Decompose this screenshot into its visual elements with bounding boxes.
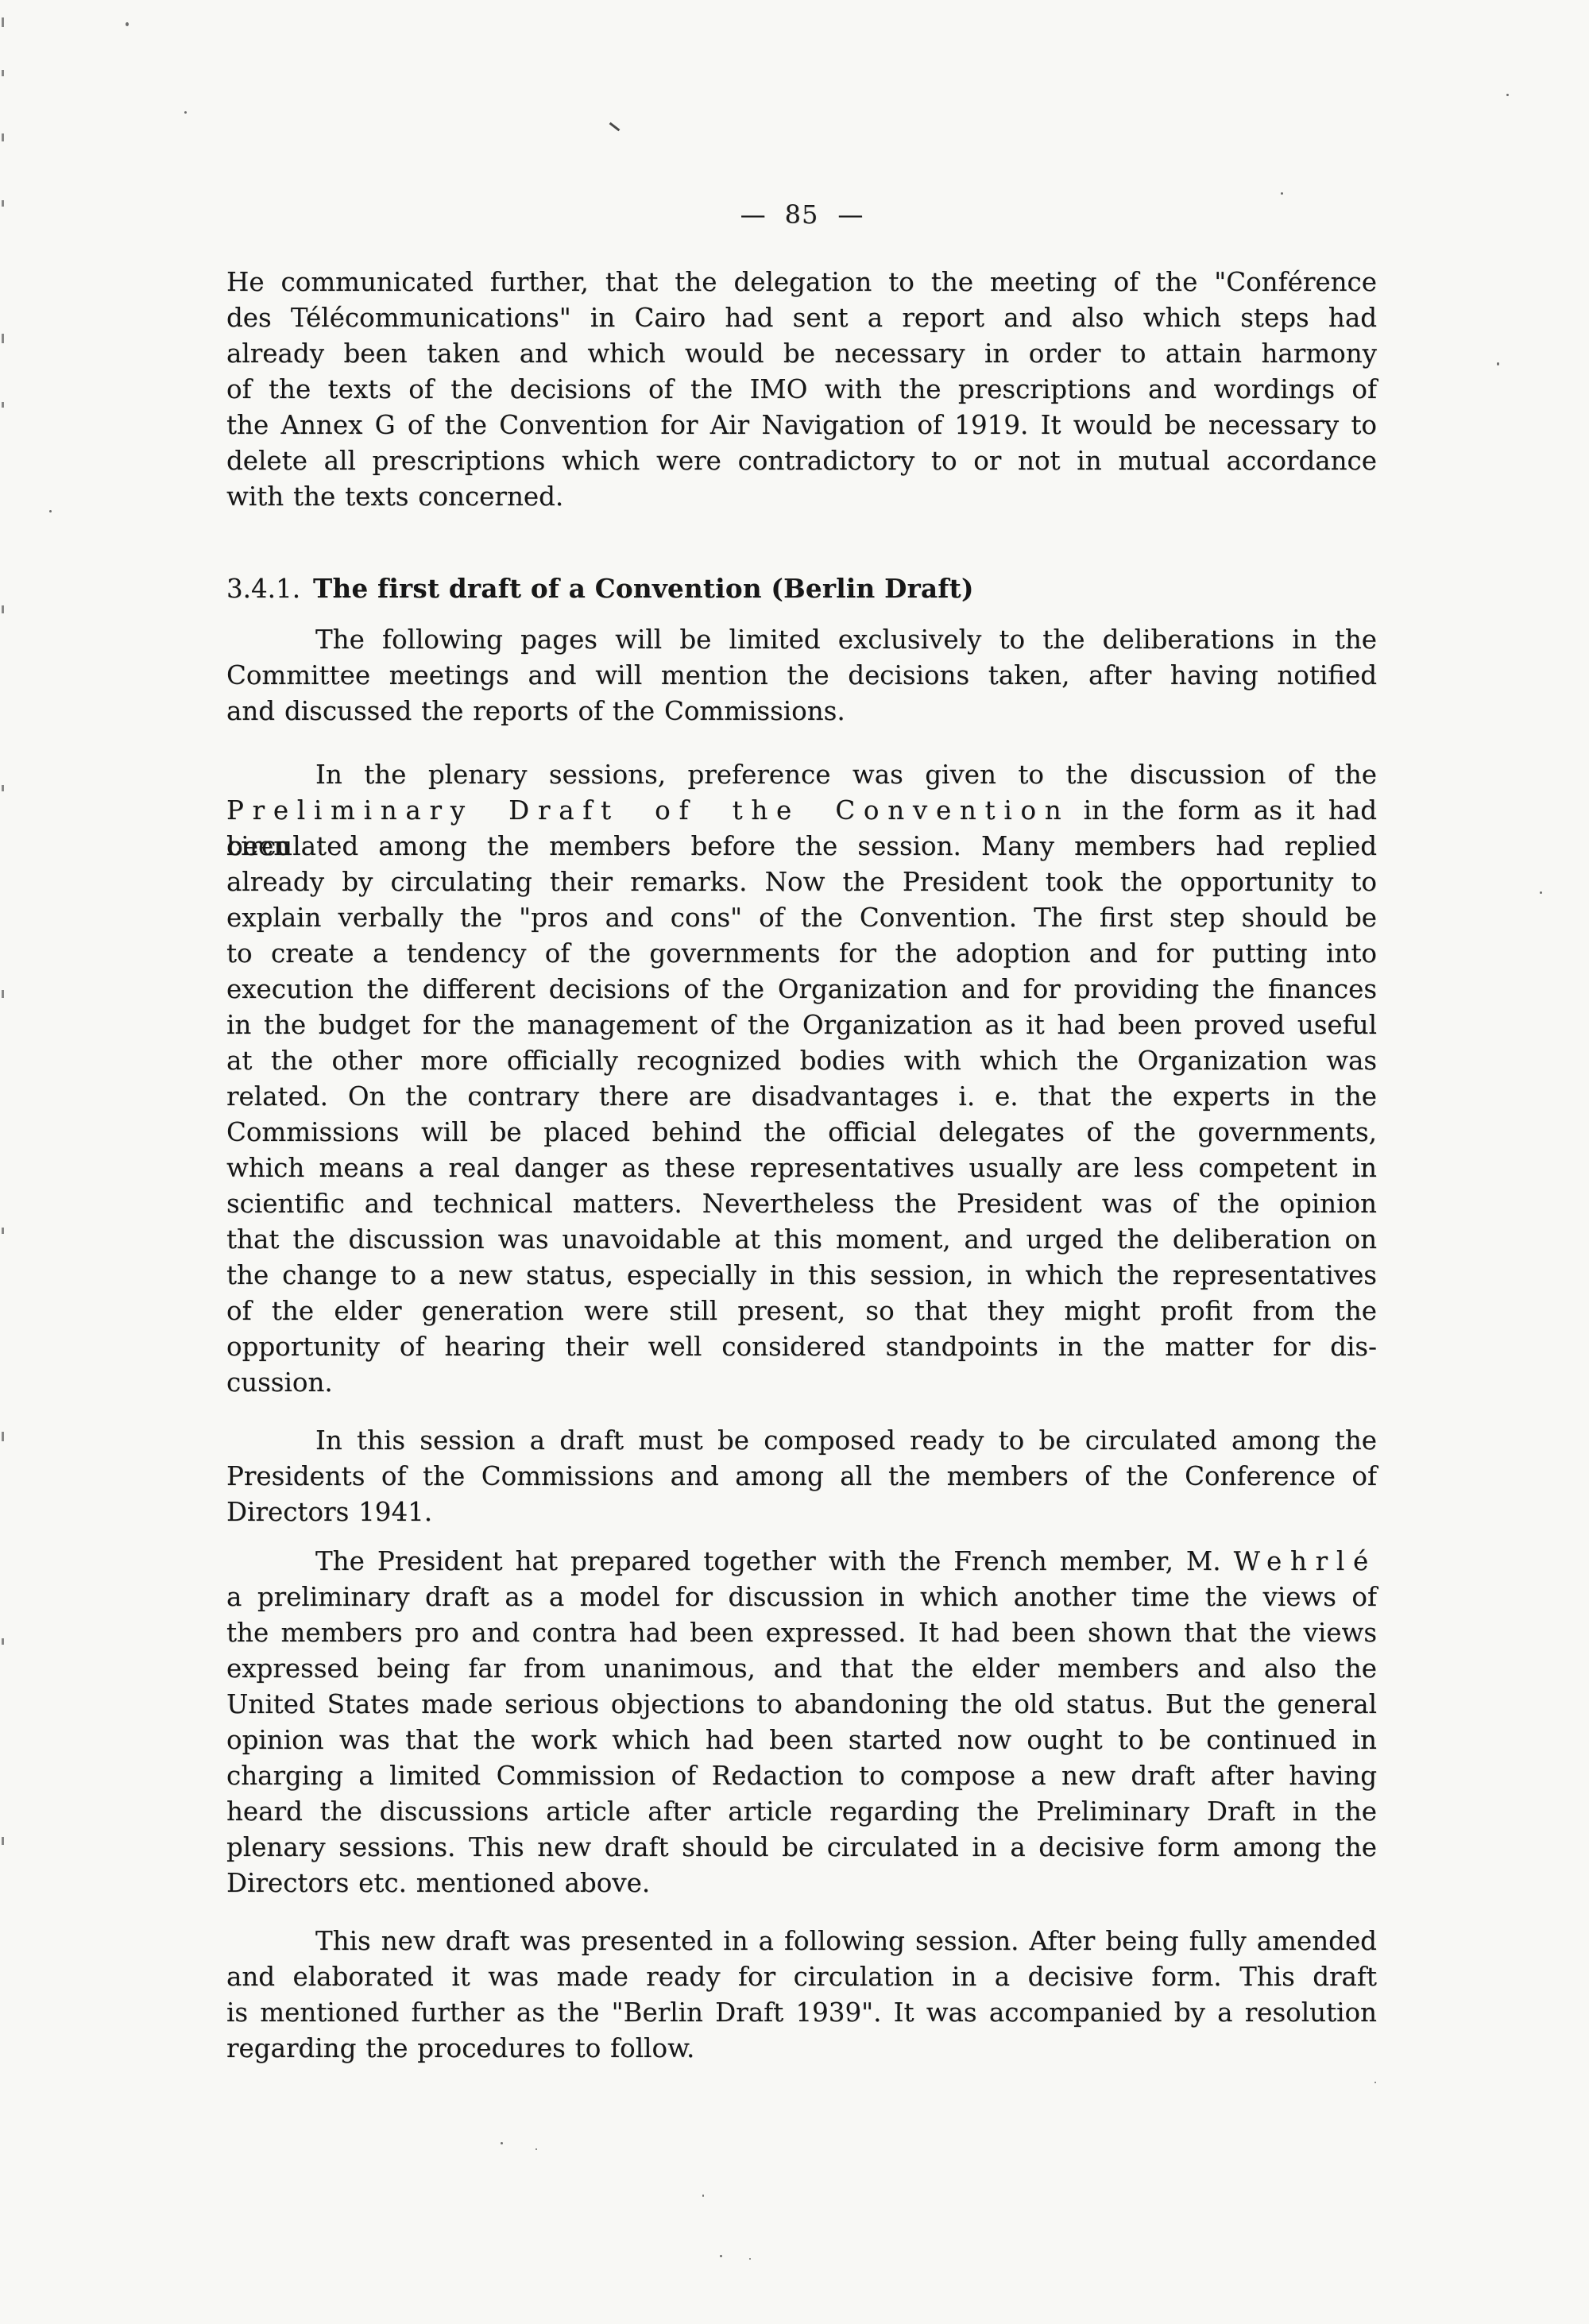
text-segment: the change to a new status, especially i… bbox=[226, 1260, 1377, 1290]
text-segment: Directors 1941. bbox=[226, 1497, 432, 1527]
text-line: Presidents of the Commissions and among … bbox=[226, 1459, 1377, 1495]
scan-tick bbox=[2, 17, 4, 27]
text-line: The following pages will be limited excl… bbox=[226, 622, 1377, 658]
scan-tick bbox=[2, 200, 4, 207]
text-segment: des Télécommunications" in Cairo had sen… bbox=[226, 303, 1377, 333]
text-segment: with the texts concerned. bbox=[226, 481, 563, 512]
scan-speck bbox=[749, 2258, 751, 2260]
text-segment: of the texts of the decisions of the IMO… bbox=[226, 374, 1377, 404]
paragraph: The President hat prepared together with… bbox=[226, 1544, 1377, 1901]
paragraph: He communicated further, that the delega… bbox=[226, 265, 1377, 515]
text-segment: already by circulating their remarks. No… bbox=[226, 867, 1377, 897]
text-segment: circulated among the members before the … bbox=[226, 831, 1377, 861]
text-line: of the texts of the decisions of the IMO… bbox=[226, 372, 1377, 408]
scan-tick bbox=[2, 1837, 4, 1845]
text-segment: scientific and technical matters. Nevert… bbox=[226, 1189, 1377, 1219]
text-segment: and elaborated it was made ready for cir… bbox=[226, 1962, 1377, 1992]
text-segment: is mentioned further as the "Berlin Draf… bbox=[226, 1997, 1377, 2028]
paragraph: This new draft was presented in a follow… bbox=[226, 1924, 1377, 2067]
text-segment: the Annex G of the Convention for Air Na… bbox=[226, 410, 1377, 440]
text-line: delete all prescriptions which were cont… bbox=[226, 443, 1377, 479]
text-segment: and discussed the reports of the Commiss… bbox=[226, 696, 845, 726]
text-line: execution the different decisions of the… bbox=[226, 972, 1377, 1007]
text-segment: at the other more officially recognized … bbox=[226, 1046, 1377, 1076]
text-line: the members pro and contra had been expr… bbox=[226, 1615, 1377, 1651]
text-segment: cussion. bbox=[226, 1367, 333, 1398]
text-line: explain verbally the "pros and cons" of … bbox=[226, 900, 1377, 936]
section-title: The first draft of a Convention (Berlin … bbox=[313, 573, 974, 604]
document-page: —85— He communicated further, that the d… bbox=[0, 0, 1589, 2324]
text-segment: to create a tendency of the governments … bbox=[226, 938, 1377, 969]
page-number: 85 bbox=[785, 199, 819, 230]
text-segment: heard the discussions article after arti… bbox=[226, 1796, 1377, 1827]
text-segment: In the plenary sessions, preference was … bbox=[315, 760, 1377, 790]
text-line: that the discussion was unavoidable at t… bbox=[226, 1222, 1377, 1258]
text-line: The President hat prepared together with… bbox=[226, 1544, 1377, 1580]
text-segment: Directors etc. mentioned above. bbox=[226, 1868, 650, 1898]
text-line: related. On the contrary there are disad… bbox=[226, 1079, 1377, 1115]
text-line: already been taken and which would be ne… bbox=[226, 336, 1377, 372]
paragraph: In this session a draft must be composed… bbox=[226, 1423, 1377, 1530]
text-line: opportunity of hearing their well consid… bbox=[226, 1329, 1377, 1365]
scan-speck bbox=[535, 2148, 537, 2150]
text-segment: expressed being far from unanimous, and … bbox=[226, 1653, 1377, 1684]
text-line: Preliminary Draft of the Convention in t… bbox=[226, 793, 1377, 829]
scan-speck bbox=[702, 2194, 704, 2197]
scan-tick bbox=[2, 334, 4, 343]
text-line: scientific and technical matters. Nevert… bbox=[226, 1186, 1377, 1222]
text-segment: of the elder generation were still prese… bbox=[226, 1296, 1377, 1326]
text-segment: in the budget for the management of the … bbox=[226, 1010, 1377, 1040]
text-segment: plenary sessions. This new draft should … bbox=[226, 1832, 1377, 1862]
section-number: 3.4.1. bbox=[226, 574, 300, 604]
text-segment: delete all prescriptions which were cont… bbox=[226, 446, 1377, 476]
text-line: Directors etc. mentioned above. bbox=[226, 1866, 1377, 1901]
scan-speck bbox=[184, 111, 187, 114]
text-segment: The following pages will be limited excl… bbox=[315, 625, 1377, 655]
text-line: is mentioned further as the "Berlin Draf… bbox=[226, 1995, 1377, 2031]
scan-tick bbox=[2, 133, 4, 141]
text-line: regarding the procedures to follow. bbox=[226, 2031, 1377, 2067]
page-header: —85— bbox=[226, 197, 1377, 233]
text-line: expressed being far from unanimous, and … bbox=[226, 1651, 1377, 1687]
text-line: a preliminary draft as a model for discu… bbox=[226, 1580, 1377, 1615]
scan-speck bbox=[720, 2255, 722, 2257]
header-dash-left: — bbox=[740, 199, 766, 230]
text-segment: regarding the procedures to follow. bbox=[226, 2033, 694, 2063]
text-line: In the plenary sessions, preference was … bbox=[226, 757, 1377, 793]
text-line: He communicated further, that the delega… bbox=[226, 265, 1377, 300]
emphasized-spaced-text: Preliminary Draft of the Convention bbox=[226, 795, 1069, 826]
text-line: circulated among the members before the … bbox=[226, 829, 1377, 864]
text-segment: execution the different decisions of the… bbox=[226, 974, 1377, 1004]
text-line: opinion was that the work which had been… bbox=[226, 1723, 1377, 1758]
text-segment: Commissions will be placed behind the of… bbox=[226, 1117, 1377, 1147]
text-line: of the elder generation were still prese… bbox=[226, 1293, 1377, 1329]
text-line: United States made serious objections to… bbox=[226, 1687, 1377, 1723]
scan-tick bbox=[2, 70, 4, 76]
text-line: to create a tendency of the governments … bbox=[226, 936, 1377, 972]
scan-speck bbox=[501, 2142, 503, 2144]
scan-speck bbox=[1374, 2082, 1376, 2083]
text-line: at the other more officially recognized … bbox=[226, 1043, 1377, 1079]
text-segment: Committee meetings and will mention the … bbox=[226, 660, 1377, 690]
scan-tick bbox=[2, 402, 4, 408]
scan-tick bbox=[2, 1638, 4, 1645]
text-segment: In this session a draft must be composed… bbox=[315, 1425, 1377, 1456]
text-line: plenary sessions. This new draft should … bbox=[226, 1830, 1377, 1866]
text-segment: The President hat prepared together with… bbox=[315, 1546, 1234, 1576]
text-segment: opinion was that the work which had been… bbox=[226, 1725, 1377, 1755]
scan-tick bbox=[2, 605, 4, 613]
scan-tick bbox=[2, 1228, 4, 1234]
scan-tick bbox=[2, 990, 4, 998]
text-segment: the members pro and contra had been expr… bbox=[226, 1618, 1377, 1648]
document-body: He communicated further, that the delega… bbox=[226, 265, 1377, 2067]
section-heading: 3.4.1.The first draft of a Convention (B… bbox=[226, 570, 1377, 606]
text-line: the change to a new status, especially i… bbox=[226, 1258, 1377, 1293]
scan-speck bbox=[1506, 94, 1509, 96]
scan-speck bbox=[49, 510, 52, 512]
text-segment: Presidents of the Commissions and among … bbox=[226, 1461, 1377, 1491]
text-line: charging a limited Commission of Redacti… bbox=[226, 1758, 1377, 1794]
text-line: and discussed the reports of the Commiss… bbox=[226, 694, 1377, 729]
text-line: Committee meetings and will mention the … bbox=[226, 658, 1377, 694]
header-dash-right: — bbox=[837, 199, 863, 230]
text-line: This new draft was presented in a follow… bbox=[226, 1924, 1377, 1959]
text-line: in the budget for the management of the … bbox=[226, 1007, 1377, 1043]
text-line: cussion. bbox=[226, 1365, 1377, 1401]
text-segment: that the discussion was unavoidable at t… bbox=[226, 1224, 1377, 1255]
text-segment: related. On the contrary there are disad… bbox=[226, 1081, 1377, 1112]
text-segment: opportunity of hearing their well consid… bbox=[226, 1332, 1377, 1362]
text-line: with the texts concerned. bbox=[226, 479, 1377, 515]
text-line: already by circulating their remarks. No… bbox=[226, 864, 1377, 900]
text-line: and elaborated it was made ready for cir… bbox=[226, 1959, 1377, 1995]
text-line: Directors 1941. bbox=[226, 1495, 1377, 1530]
text-segment: a preliminary draft as a model for discu… bbox=[226, 1582, 1377, 1612]
text-line: In this session a draft must be composed… bbox=[226, 1423, 1377, 1459]
scan-speck bbox=[126, 22, 129, 26]
scan-tick bbox=[2, 1432, 4, 1441]
scan-speck bbox=[1497, 362, 1499, 365]
text-line: the Annex G of the Convention for Air Na… bbox=[226, 408, 1377, 443]
text-segment: United States made serious objections to… bbox=[226, 1689, 1377, 1719]
text-segment: explain verbally the "pros and cons" of … bbox=[226, 903, 1377, 933]
text-segment: already been taken and which would be ne… bbox=[226, 338, 1377, 369]
text-segment: charging a limited Commission of Redacti… bbox=[226, 1761, 1377, 1791]
text-line: which means a real danger as these repre… bbox=[226, 1150, 1377, 1186]
paragraph: The following pages will be limited excl… bbox=[226, 622, 1377, 729]
text-segment: He communicated further, that the delega… bbox=[226, 267, 1377, 297]
text-line: heard the discussions article after arti… bbox=[226, 1794, 1377, 1830]
text-column: —85— He communicated further, that the d… bbox=[226, 0, 1377, 2067]
text-segment: which means a real danger as these repre… bbox=[226, 1153, 1377, 1183]
text-segment: This new draft was presented in a follow… bbox=[315, 1926, 1377, 1956]
scan-tick bbox=[2, 785, 4, 791]
text-line: Commissions will be placed behind the of… bbox=[226, 1115, 1377, 1150]
paragraph: In the plenary sessions, preference was … bbox=[226, 757, 1377, 1401]
text-line: des Télécommunications" in Cairo had sen… bbox=[226, 300, 1377, 336]
scan-speck bbox=[1540, 891, 1542, 894]
emphasized-spaced-text: Wehrlé bbox=[1234, 1546, 1377, 1576]
